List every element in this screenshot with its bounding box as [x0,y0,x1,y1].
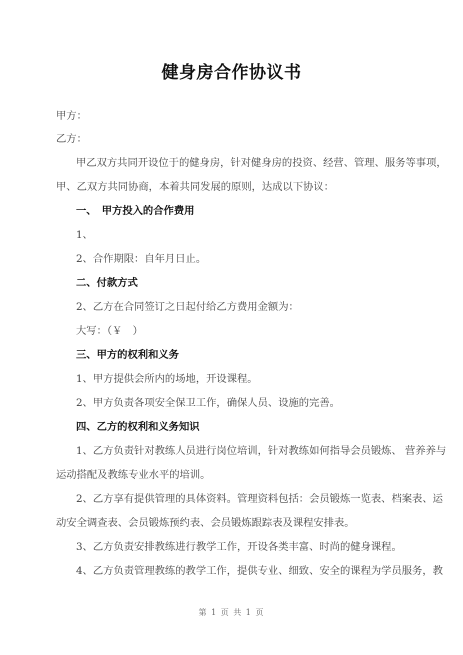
section-3-heading: 三、甲方的权利和义务 [76,348,436,362]
section-1-item-2: 2、合作期限：自年月日止。 [76,252,436,266]
document-title: 健身房合作协议书 [0,58,463,83]
page-footer: 第 1 页 共 1 页 [0,607,463,618]
section-2-heading: 二、付款方式 [76,276,436,290]
section-3-item-2: 2、甲方负责各项安全保卫工作，确保人员、设施的完善。 [76,396,436,410]
section-4-item-2: 2、乙方享有提供管理的具体资料。管理资料包括：会员锻炼一览表、档案表、运 [76,492,436,506]
document-page: 健身房合作协议书 甲方： 乙方： 甲乙双方共同开设位于的健身房，针对健身房的投资… [0,0,463,655]
section-1-heading: 一、 甲方投入的合作费用 [76,204,436,218]
intro-line-1: 甲乙双方共同开设位于的健身房，针对健身房的投资、经营、管理、服务等事项， [76,156,436,170]
section-2-item-1: 2、乙方在合同签订之日起付给乙方费用金额为： [76,300,436,314]
section-2-item-2: 大写：（￥ ） [76,324,436,338]
section-3-item-1: 1、甲方提供会所内的场地，开设课程。 [76,372,436,386]
section-4-item-1: 1、乙方负责针对教练人员进行岗位培训，针对教练如何指导会员锻炼、 营养养与 [76,444,436,458]
section-4-item-4: 4、乙方负责管理教练的教学工作，提供专业、细致、安全的课程为学员服务，教 [76,564,436,578]
section-1-item-1: 1、 [76,228,436,242]
section-4-heading: 四、乙方的权利和义务知识 [76,420,436,434]
intro-line-2: 甲、乙双方共同协商，本着共同发展的原则，达成以下协议： [56,180,416,194]
section-4-item-3: 3、乙方负责安排教练进行教学工作，开设各类丰富、时尚的健身课程。 [76,540,436,554]
section-4-item-2-cont: 动安全调查表、会员锻炼预约表、会员锻炼跟踪表及课程安排表。 [56,516,416,530]
party-a-label: 甲方： [56,109,416,123]
party-b-label: 乙方： [56,132,416,146]
section-4-item-1-cont: 运动搭配及教练专业水平的培训。 [56,468,416,482]
